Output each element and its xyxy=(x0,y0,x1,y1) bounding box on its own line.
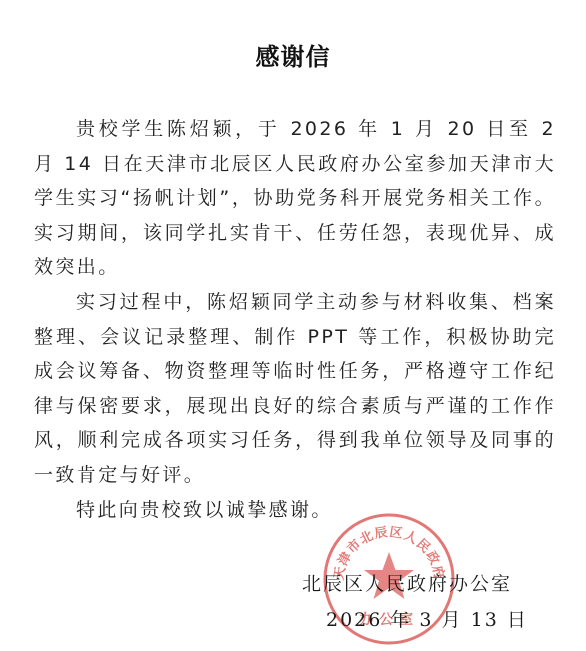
letter-body: 贵校学生陈炤颖，于 2026 年 1 月 20 日至 2 月 14 日在天津市北… xyxy=(34,112,556,527)
signature-block: 北辰区人民政府办公室 2026 年 3 月 13 日 xyxy=(302,566,528,638)
paragraph-thanks: 特此向贵校致以诚挚感谢。 xyxy=(34,493,556,528)
signature-date: 2026 年 3 月 13 日 xyxy=(302,602,528,638)
letter-title: 感谢信 xyxy=(0,37,586,72)
paragraph-intro: 贵校学生陈炤颖，于 2026 年 1 月 20 日至 2 月 14 日在天津市北… xyxy=(34,112,556,285)
signature-organization: 北辰区人民政府办公室 xyxy=(302,566,528,602)
paragraph-details: 实习过程中，陈炤颖同学主动参与材料收集、档案整理、会议记录整理、制作 PPT 等… xyxy=(34,285,556,493)
